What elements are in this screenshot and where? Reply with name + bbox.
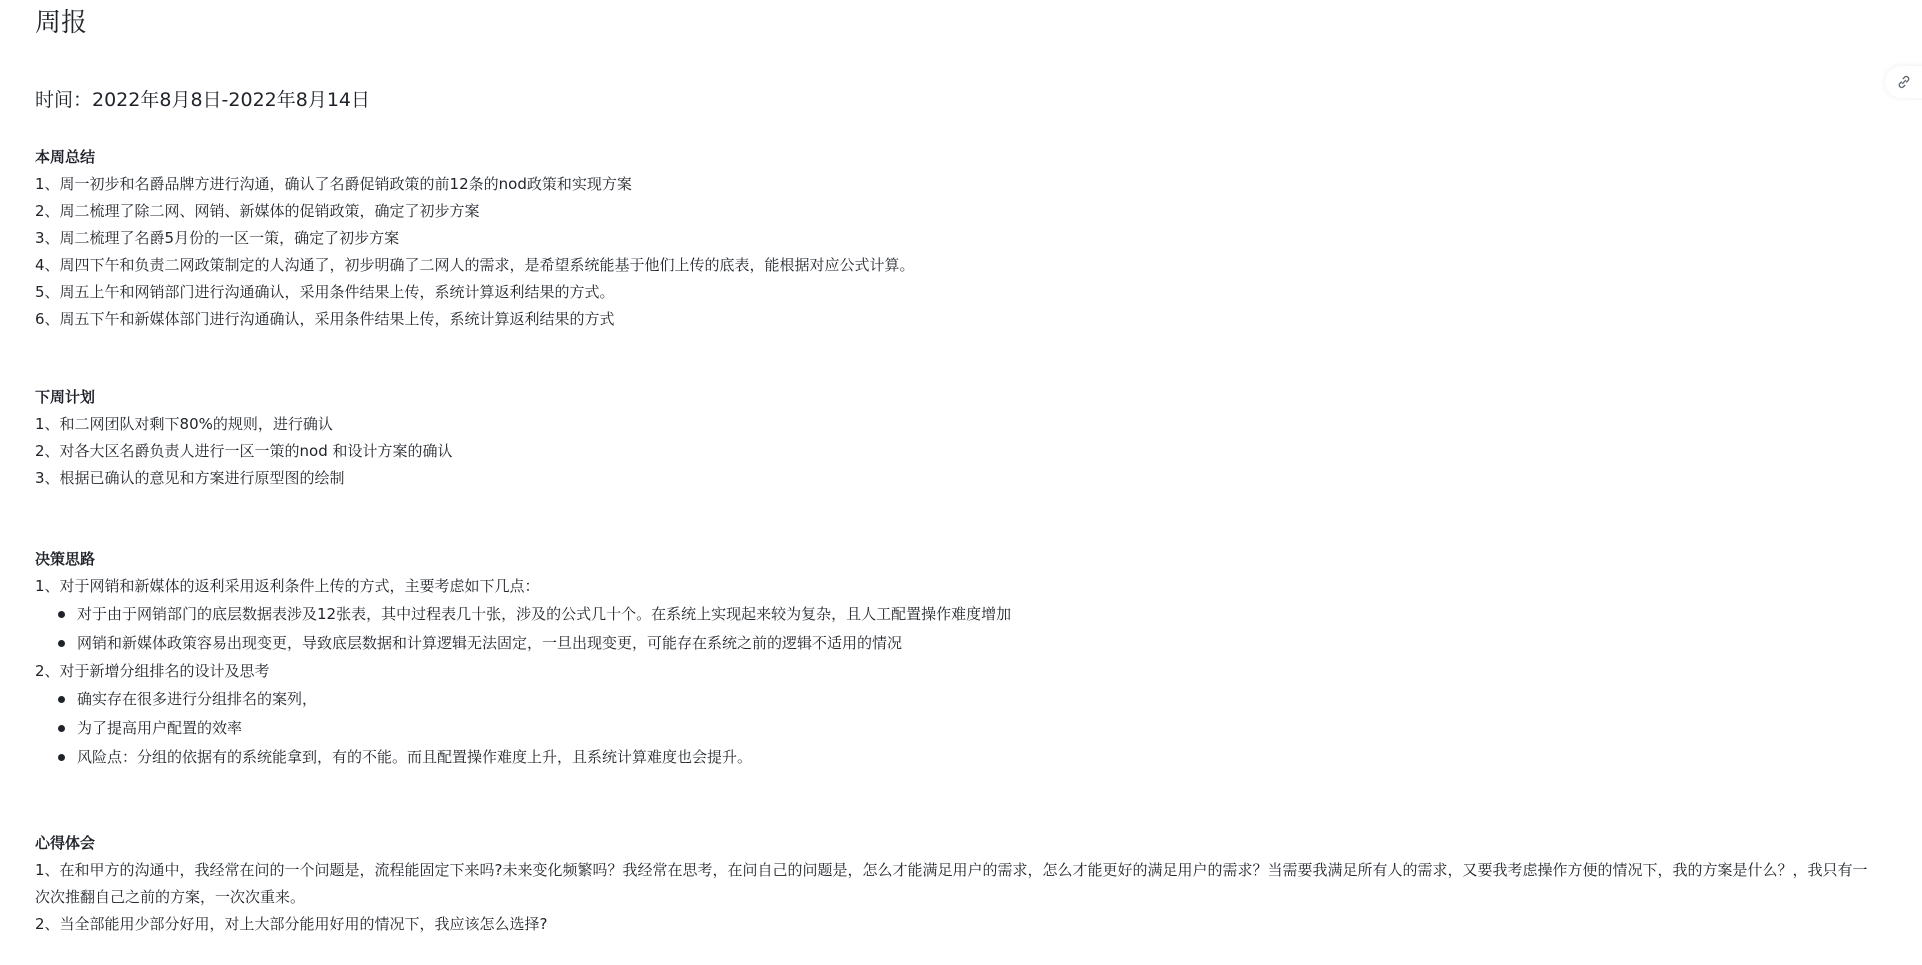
section-heading-reflection: 心得体会 — [35, 830, 1880, 857]
list-item: 4、周四下午和负责二网政策制定的人沟通了，初步明确了二网人的需求，是希望系统能基… — [35, 252, 1880, 279]
bullet-text: 为了提高用户配置的效率 — [77, 719, 242, 737]
section-summary: 本周总结 1、周一初步和名爵品牌方进行沟通，确认了名爵促销政策的前12条的nod… — [35, 144, 1880, 333]
list-item: 2、对于新增分组排名的设计及思考 — [35, 658, 1880, 685]
section-heading-plan: 下周计划 — [35, 384, 1880, 411]
list-item: 1、在和甲方的沟通中，我经常在问的一个问题是，流程能固定下来吗?未来变化频繁吗？… — [35, 857, 1880, 911]
copy-link-button[interactable] — [1885, 66, 1922, 98]
bullet-dot-icon — [58, 754, 65, 761]
bullet-text: 网销和新媒体政策容易出现变更，导致底层数据和计算逻辑无法固定，一旦出现变更，可能… — [77, 634, 902, 652]
list-item: 2、周二梳理了除二网、网销、新媒体的促销政策，确定了初步方案 — [35, 198, 1880, 225]
bullet-item: 为了提高用户配置的效率 — [35, 714, 1880, 743]
list-item: 2、对各大区名爵负责人进行一区一策的nod 和设计方案的确认 — [35, 438, 1880, 465]
bullet-dot-icon — [58, 611, 65, 618]
list-item: 1、对于网销和新媒体的返利采用返利条件上传的方式，主要考虑如下几点： — [35, 573, 1880, 600]
list-item: 1、和二网团队对剩下80%的规则，进行确认 — [35, 411, 1880, 438]
list-item: 5、周五上午和网销部门进行沟通确认，采用条件结果上传，系统计算返利结果的方式。 — [35, 279, 1880, 306]
section-plan: 下周计划 1、和二网团队对剩下80%的规则，进行确认 2、对各大区名爵负责人进行… — [35, 384, 1880, 492]
list-item: 6、周五下午和新媒体部门进行沟通确认，采用条件结果上传，系统计算返利结果的方式 — [35, 306, 1880, 333]
list-item: 1、周一初步和名爵品牌方进行沟通，确认了名爵促销政策的前12条的nod政策和实现… — [35, 171, 1880, 198]
bullet-text: 风险点：分组的依据有的系统能拿到，有的不能。而且配置操作难度上升，且系统计算难度… — [77, 748, 752, 766]
section-decision: 决策思路 1、对于网销和新媒体的返利采用返利条件上传的方式，主要考虑如下几点： … — [35, 546, 1880, 772]
list-item: 3、根据已确认的意见和方案进行原型图的绘制 — [35, 465, 1880, 492]
page-title: 周报 — [35, 6, 87, 40]
link-icon — [1896, 74, 1912, 90]
bullet-item: 网销和新媒体政策容易出现变更，导致底层数据和计算逻辑无法固定，一旦出现变更，可能… — [35, 629, 1880, 658]
bullet-text: 确实存在很多进行分组排名的案列， — [77, 690, 317, 708]
bullet-item: 确实存在很多进行分组排名的案列， — [35, 685, 1880, 714]
bullet-dot-icon — [58, 696, 65, 703]
bullet-item: 对于由于网销部门的底层数据表涉及12张表，其中过程表几十张，涉及的公式几十个。在… — [35, 600, 1880, 629]
bullet-item: 风险点：分组的依据有的系统能拿到，有的不能。而且配置操作难度上升，且系统计算难度… — [35, 743, 1880, 772]
time-range: 时间：2022年8月8日-2022年8月14日 — [35, 85, 370, 115]
section-heading-summary: 本周总结 — [35, 144, 1880, 171]
list-item: 3、周二梳理了名爵5月份的一区一策，确定了初步方案 — [35, 225, 1880, 252]
section-heading-decision: 决策思路 — [35, 546, 1880, 573]
section-reflection: 心得体会 1、在和甲方的沟通中，我经常在问的一个问题是，流程能固定下来吗?未来变… — [35, 830, 1880, 938]
list-item: 2、当全部能用少部分好用，对上大部分能用好用的情况下，我应该怎么选择? — [35, 911, 1880, 938]
bullet-text: 对于由于网销部门的底层数据表涉及12张表，其中过程表几十张，涉及的公式几十个。在… — [77, 605, 1011, 623]
bullet-dot-icon — [58, 725, 65, 732]
bullet-dot-icon — [58, 640, 65, 647]
